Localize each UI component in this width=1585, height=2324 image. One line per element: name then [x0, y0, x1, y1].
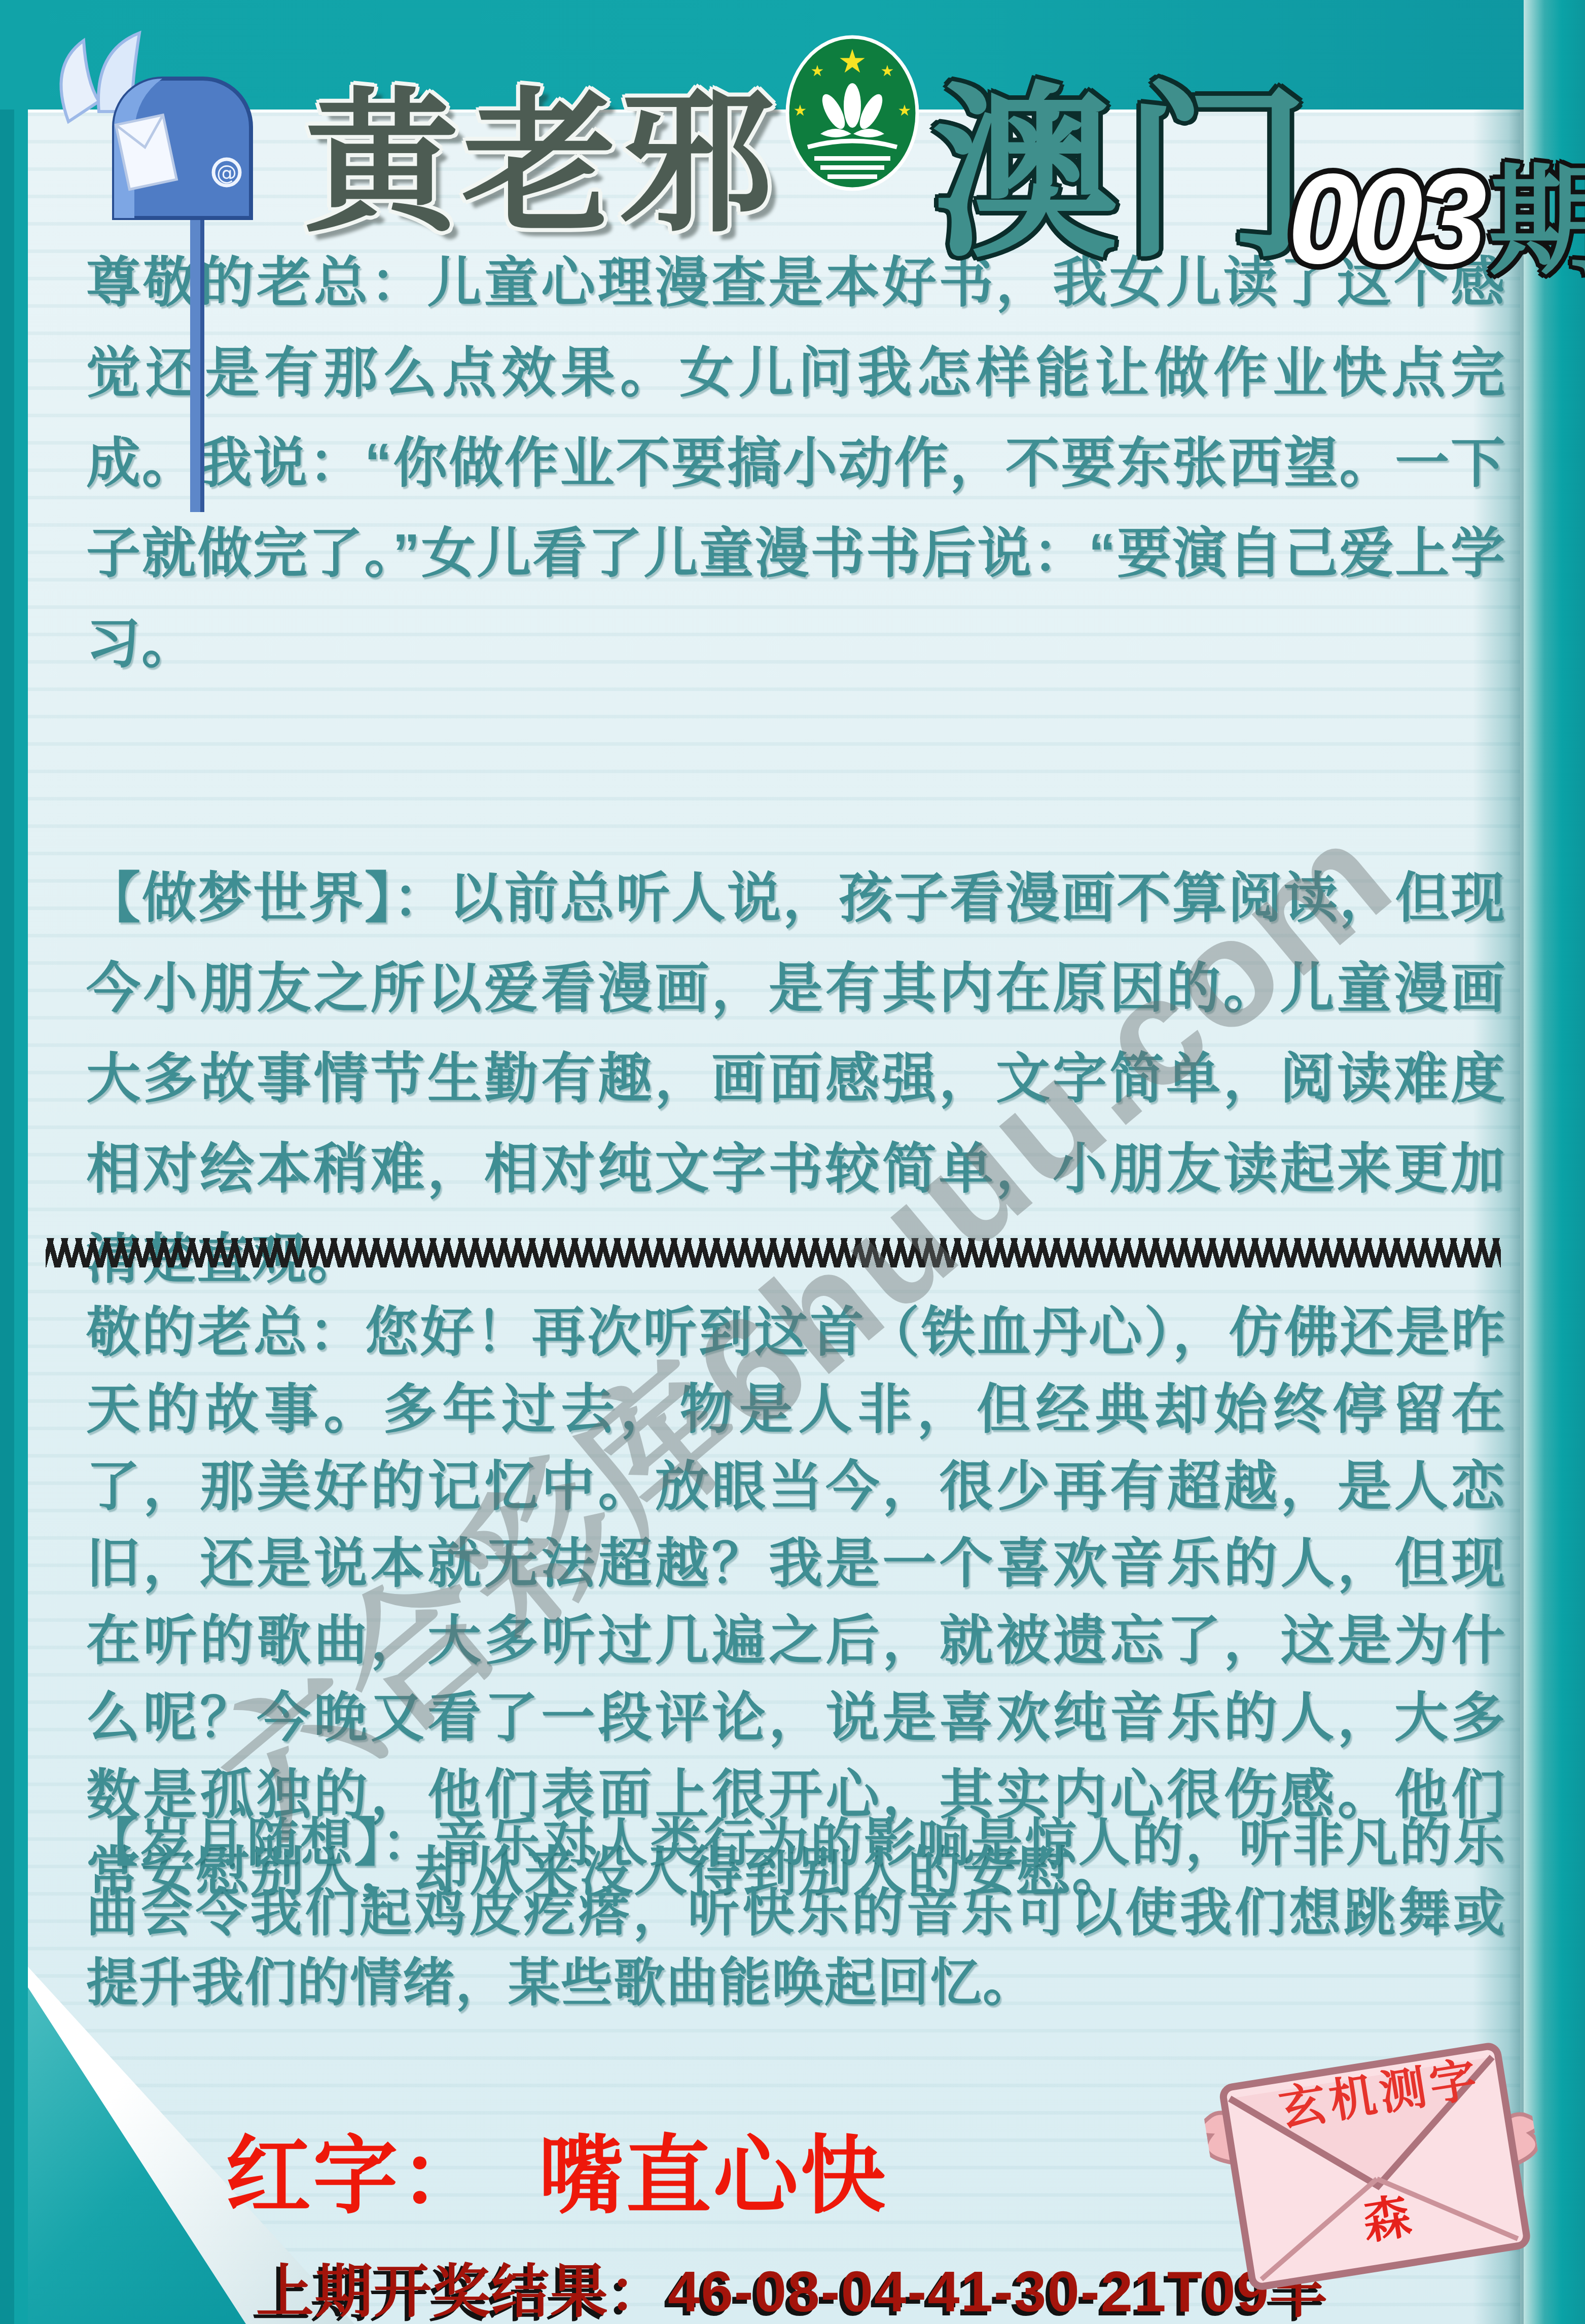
svg-text:★: ★	[794, 102, 807, 120]
stitch-divider	[46, 1238, 1501, 1267]
svg-text:★: ★	[898, 102, 912, 120]
red-words-line: 红字： 嘴直心快	[226, 2108, 887, 2230]
issue-number: 003	[1288, 148, 1480, 290]
poster-page: @ 黄老邪 ★ ★ ★ ★ ★ 澳门 003期 尊敬的老总：儿童心理漫查是本好书…	[0, 0, 1585, 2324]
issue-suffix: 期	[1489, 155, 1585, 289]
svg-text:★: ★	[881, 62, 894, 80]
svg-text:@: @	[217, 162, 237, 185]
site-title: 黄老邪	[304, 40, 777, 262]
winged-mailbox-icon: @	[38, 5, 256, 517]
winged-envelope-icon	[1195, 2010, 1555, 2311]
issue-badge: 003期	[1288, 126, 1585, 298]
paragraph-dream-world: 【做梦世界】：以前总听人说，孩子看漫画不算阅读，但现今小朋友之所以爱看漫画，是有…	[86, 853, 1506, 1304]
paragraph-letter-1: 尊敬的老总：儿童心理漫查是本好书，我女儿读了这个感觉还是有那么点效果。女儿问我怎…	[86, 237, 1506, 688]
paragraph-years-thoughts: 【岁月随想】：音乐对人类行为的影响是惊人的，听非凡的乐曲会令我们起鸡皮疙瘩，听快…	[86, 1808, 1506, 2018]
right-border	[1524, 0, 1585, 2324]
mystery-envelope[interactable]: 玄机测字 森	[1195, 2010, 1555, 2311]
svg-text:★: ★	[811, 62, 824, 80]
region-title: 澳门	[932, 24, 1313, 293]
previous-draw-result: 上期开奖结果：46-08-04-41-30-21T09羊	[256, 2245, 1328, 2324]
macau-lotus-logo-icon: ★ ★ ★ ★ ★	[785, 34, 920, 192]
svg-text:★: ★	[838, 43, 867, 81]
